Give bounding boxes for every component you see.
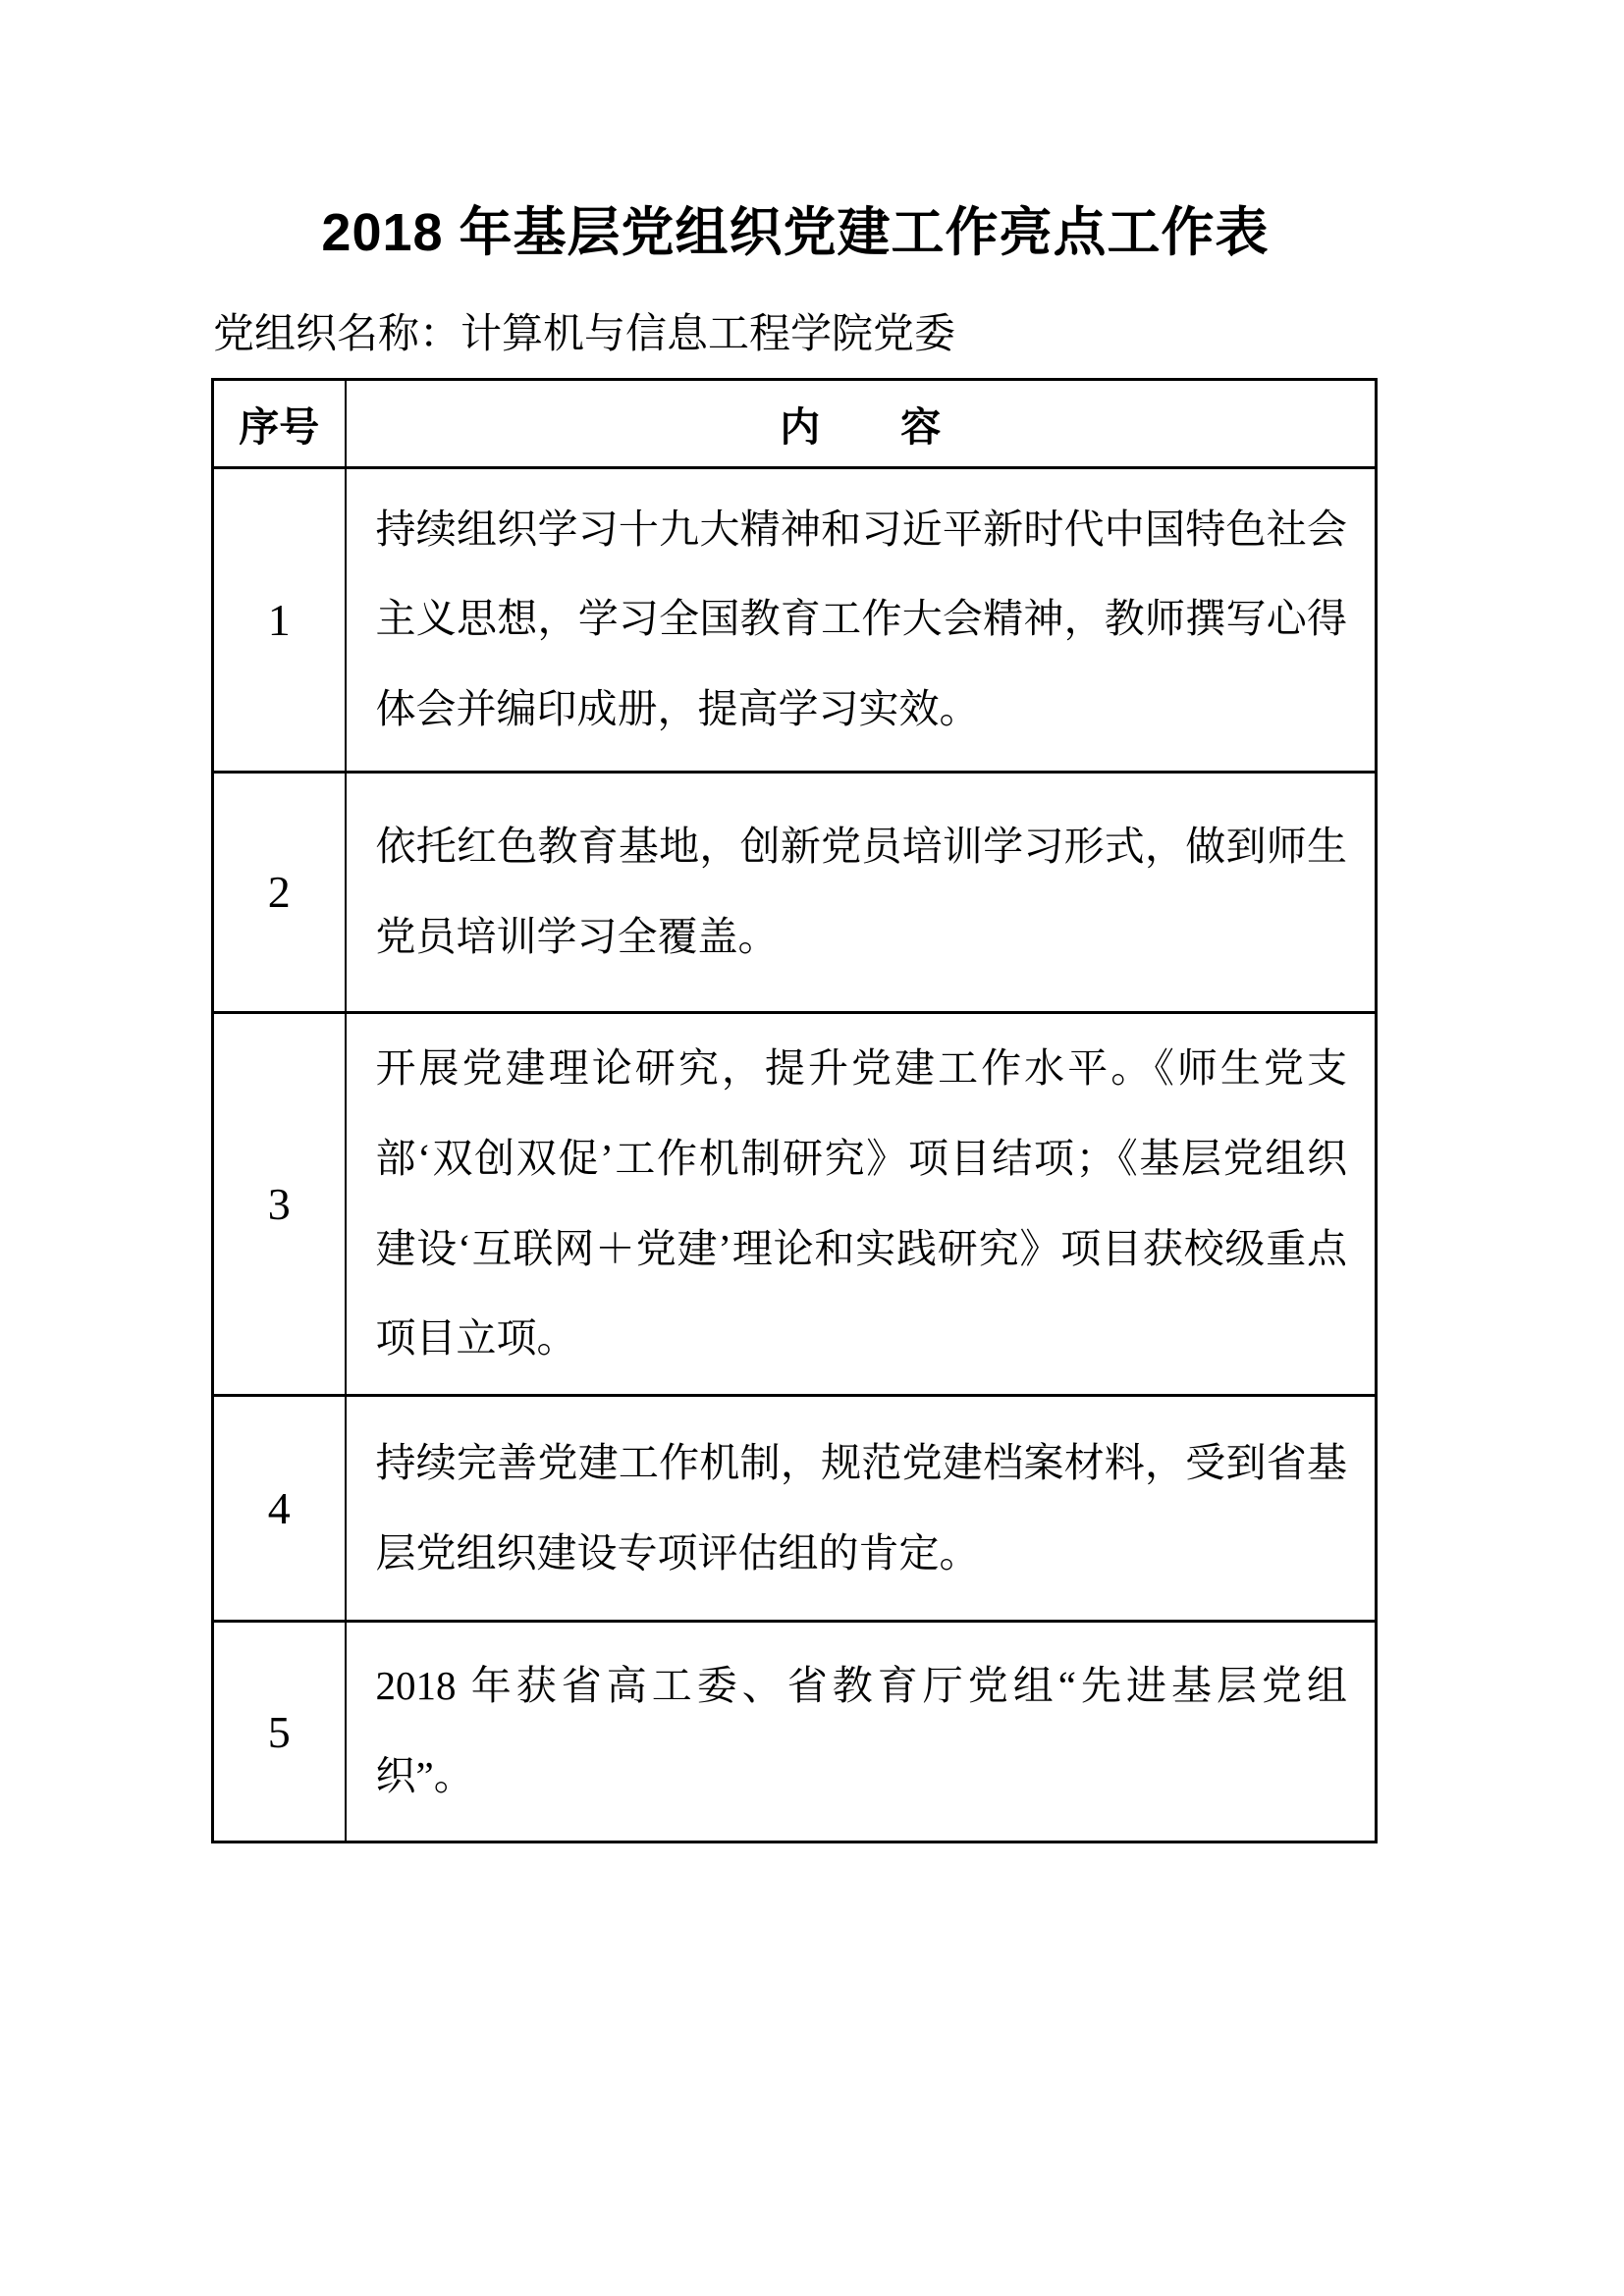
page-title: 2018 年基层党组织党建工作亮点工作表: [211, 194, 1380, 271]
row-index: 1: [213, 467, 346, 772]
row-index: 5: [213, 1622, 346, 1842]
table-row: 2 依托红色教育基地，创新党员培训学习形式，做到师生党员培训学习全覆盖。: [213, 772, 1377, 1012]
row-content: 持续完善党建工作机制，规范党建档案材料，受到省基层党组织建设专项评估组的肯定。: [346, 1396, 1377, 1622]
row-index: 3: [213, 1012, 346, 1395]
row-content: 开展党建理论研究，提升党建工作水平。《师生党支部‘双创双促’工作机制研究》项目结…: [346, 1012, 1377, 1395]
row-index: 2: [213, 772, 346, 1012]
row-content: 持续组织学习十九大精神和习近平新时代中国特色社会主义思想，学习全国教育工作大会精…: [346, 467, 1377, 772]
header-content: 内 容: [346, 379, 1377, 467]
row-content: 2018 年获省高工委、省教育厅党组“先进基层党组织”。: [346, 1622, 1377, 1842]
highlights-table: 序号 内 容 1 持续组织学习十九大精神和习近平新时代中国特色社会主义思想，学习…: [211, 378, 1378, 1843]
table-row: 1 持续组织学习十九大精神和习近平新时代中国特色社会主义思想，学习全国教育工作大…: [213, 467, 1377, 772]
row-content: 依托红色教育基地，创新党员培训学习形式，做到师生党员培训学习全覆盖。: [346, 772, 1377, 1012]
row-index: 4: [213, 1396, 346, 1622]
table-row: 3 开展党建理论研究，提升党建工作水平。《师生党支部‘双创双促’工作机制研究》项…: [213, 1012, 1377, 1395]
document-page: 2018 年基层党组织党建工作亮点工作表 党组织名称：计算机与信息工程学院党委 …: [211, 194, 1380, 1843]
header-index: 序号: [213, 379, 346, 467]
table-row: 5 2018 年获省高工委、省教育厅党组“先进基层党组织”。: [213, 1622, 1377, 1842]
table-header-row: 序号 内 容: [213, 379, 1377, 467]
table-row: 4 持续完善党建工作机制，规范党建档案材料，受到省基层党组织建设专项评估组的肯定…: [213, 1396, 1377, 1622]
org-name-line: 党组织名称：计算机与信息工程学院党委: [213, 308, 1380, 362]
